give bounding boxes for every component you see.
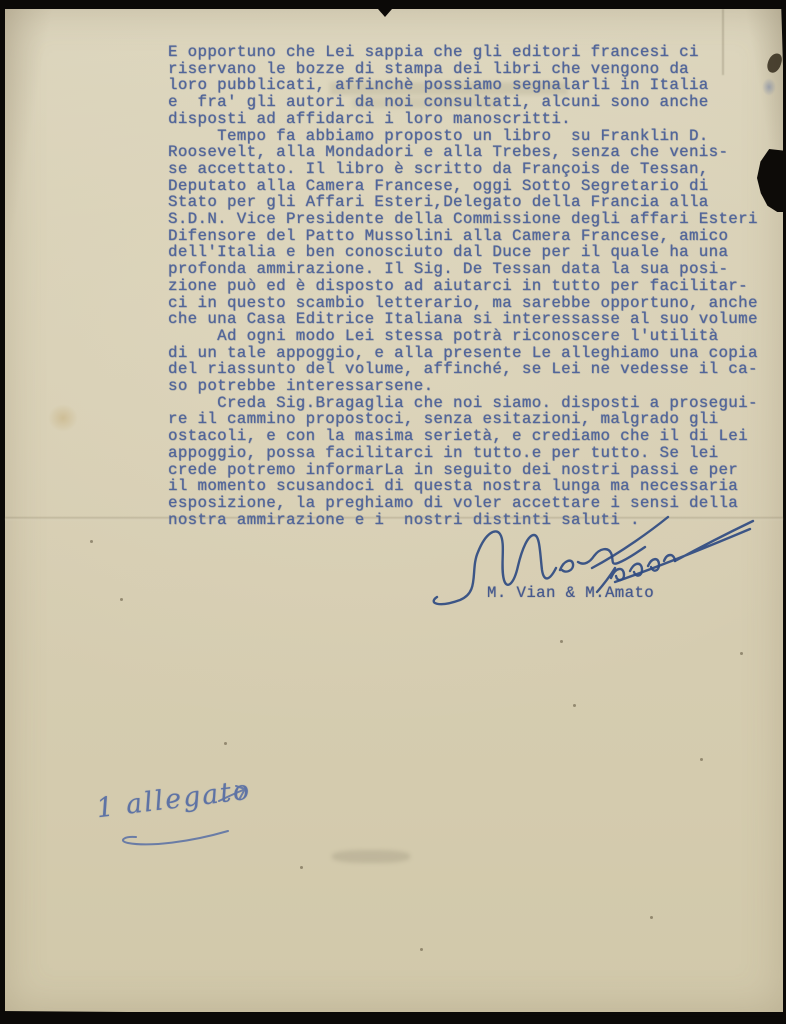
letter-line: riservano le bozze di stampa dei libri c… xyxy=(168,61,758,78)
letter-line: del riassunto del volume, affinché, se L… xyxy=(168,361,758,378)
letter-line: profonda ammirazione. Il Sig. De Tessan … xyxy=(168,261,758,278)
letter-line: se accettato. Il libro è scritto da Fran… xyxy=(168,161,758,178)
letter-line: nostra ammirazione e i nostri distinti s… xyxy=(168,512,758,529)
scanned-letter-page: E opportuno che Lei sappia che gli edito… xyxy=(0,0,786,1024)
paper-smudge xyxy=(332,850,410,863)
letter-line: so potrebbe interessarsene. xyxy=(168,378,758,395)
paper-speck xyxy=(573,704,576,707)
paper-speck xyxy=(224,742,227,745)
letter-line: dell'Italia e ben conosciuto dal Duce pe… xyxy=(168,244,758,261)
scanner-edge-top xyxy=(0,0,786,9)
paper-speck xyxy=(740,652,743,655)
paper-stain xyxy=(48,404,78,432)
letter-body: E opportuno che Lei sappia che gli edito… xyxy=(168,44,758,528)
letter-line: appoggio, possa facilitarci in tutto.e p… xyxy=(168,445,758,462)
paper-speck xyxy=(90,540,93,543)
letter-line: il momento scusandoci di questa nostra l… xyxy=(168,478,758,495)
letter-line: re il cammino propostoci, senza esitazio… xyxy=(168,411,758,428)
letter-line: Tempo fa abbiamo proposto un libro su Fr… xyxy=(168,128,758,145)
ink-smudge xyxy=(762,78,776,96)
letter-line: esposizione, la preghiamo di voler accet… xyxy=(168,495,758,512)
paper-speck xyxy=(560,640,563,643)
paper-speck xyxy=(120,598,123,601)
letter-line: Deputato alla Camera Francese, oggi Sott… xyxy=(168,178,758,195)
letter-line: disposti ad affidarci i loro manoscritti… xyxy=(168,111,758,128)
letter-line: ostacoli, e con la masima serietà, e cre… xyxy=(168,428,758,445)
letter-line: S.D.N. Vice Presidente della Commissione… xyxy=(168,211,758,228)
letter-line: di un tale appoggio, e alla presente Le … xyxy=(168,345,758,362)
letter-line: Stato per gli Affari Esteri,Delegato del… xyxy=(168,194,758,211)
paper-speck xyxy=(420,948,423,951)
letter-line: Ad ogni modo Lei stessa potrà riconoscer… xyxy=(168,328,758,345)
letter-line: Difensore del Patto Mussolini alla Camer… xyxy=(168,228,758,245)
letter-line: crede potremo informarLa in seguito dei … xyxy=(168,462,758,479)
letter-line: che una Casa Editrice Italiana si intere… xyxy=(168,311,758,328)
paper-speck xyxy=(700,758,703,761)
letter-line: e fra' gli autori da noi consultati, alc… xyxy=(168,94,758,111)
letter-line: ci in questo scambio letterario, ma sare… xyxy=(168,295,758,312)
typed-signature: M. Vian & M.Amato xyxy=(487,584,654,602)
letter-line: loro pubblicati, affinchè possiamo segna… xyxy=(168,77,758,94)
paper-speck xyxy=(300,866,303,869)
paper-speck xyxy=(650,916,653,919)
letter-line: Creda Sig.Bragaglia che noi siamo. dispo… xyxy=(168,395,758,412)
scanner-edge-bottom xyxy=(0,1010,786,1024)
letter-line: E opportuno che Lei sappia che gli edito… xyxy=(168,44,758,61)
letter-line: zione può ed è disposto ad aiutarci in t… xyxy=(168,278,758,295)
letter-line: Roosevelt, alla Mondadori e alla Trebes,… xyxy=(168,144,758,161)
